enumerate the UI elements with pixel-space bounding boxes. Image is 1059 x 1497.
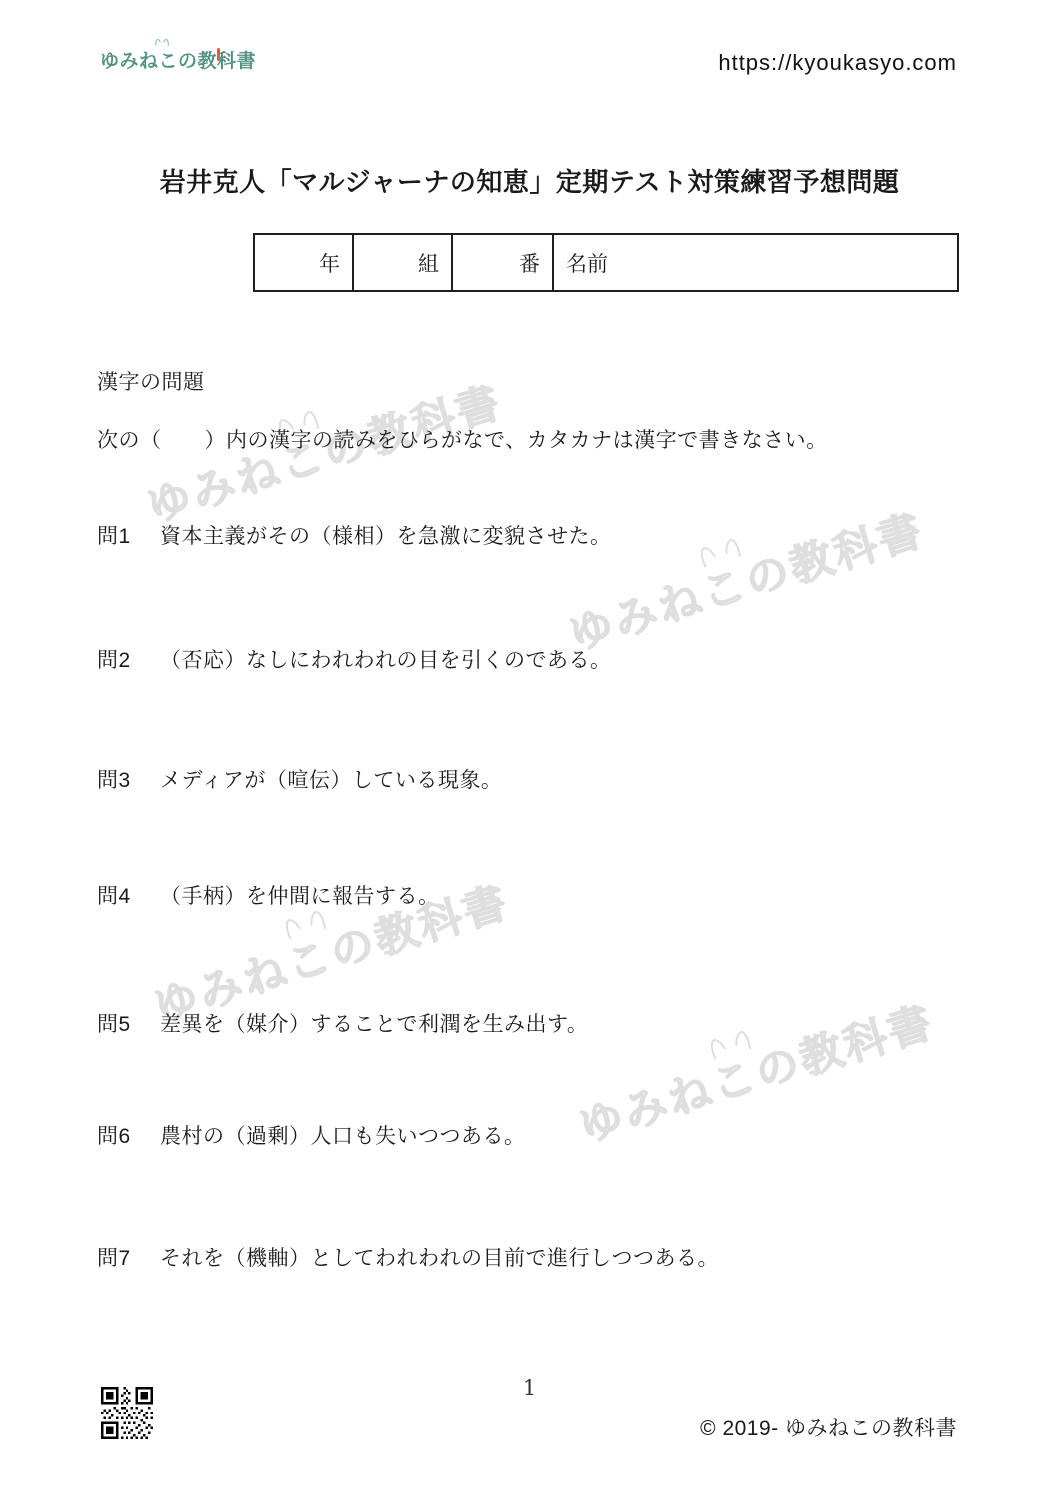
question-row: 問2 （否応）なしにわれわれの目を引くのである。 — [97, 644, 612, 674]
site-logo-text: ゆみねこの教科書 — [100, 51, 256, 72]
qr-code-icon — [101, 1387, 153, 1439]
question-text: それを（機軸）としてわれわれの目前で進行しつつある。 — [160, 1242, 719, 1272]
student-info-table: 年 組 番 名前 — [253, 233, 959, 292]
watermark: ゆみねこの教科書 — [571, 989, 941, 1155]
question-row: 問3 メディアが（喧伝）している現象。 — [97, 764, 502, 794]
logo-red-accent-mark — [217, 48, 220, 61]
class-cell: 組 — [354, 235, 453, 290]
name-label: 名前 — [566, 248, 608, 278]
number-label: 番 — [519, 248, 540, 278]
class-label: 組 — [418, 248, 439, 278]
year-label: 年 — [319, 248, 340, 278]
question-text: 差異を（媒介）することで利潤を生み出す。 — [160, 1008, 588, 1038]
worksheet-page: ゆみねこの教科書 ゆみねこの教科書 ゆみねこの教科書 ゆみねこの教科書 ゆみねこ… — [0, 0, 1059, 1497]
copyright-text: © 2019- ゆみねこの教科書 — [700, 1412, 957, 1442]
year-cell: 年 — [255, 235, 354, 290]
question-row: 問6 農村の（過剰）人口も失いつつある。 — [97, 1120, 526, 1150]
document-title: 岩井克人「マルジャーナの知恵」定期テスト対策練習予想問題 — [0, 162, 1059, 199]
question-label: 問6 — [97, 1120, 132, 1150]
question-text: 資本主義がその（様相）を急激に変貌させた。 — [160, 520, 612, 550]
question-label: 問7 — [97, 1242, 132, 1272]
watermark-text: ゆみねこの教科書 — [564, 506, 930, 659]
question-row: 問1 資本主義がその（様相）を急激に変貌させた。 — [97, 520, 612, 550]
site-logo: ゆみねこの教科書 — [100, 46, 256, 80]
cat-ears-icon — [154, 37, 170, 46]
question-text: （手柄）を仲間に報告する。 — [160, 880, 440, 910]
site-url-link[interactable]: https://kyoukasyo.com — [718, 50, 957, 76]
question-text: メディアが（喧伝）している現象。 — [160, 764, 502, 794]
section-heading: 漢字の問題 — [97, 366, 205, 396]
question-row: 問5 差異を（媒介）することで利潤を生み出す。 — [97, 1008, 588, 1038]
question-row: 問4 （手柄）を仲間に報告する。 — [97, 880, 440, 910]
question-text: 農村の（過剰）人口も失いつつある。 — [160, 1120, 526, 1150]
question-label: 問1 — [97, 520, 132, 550]
instruction-text: 次の（ ）内の漢字の読みをひらがなで、カタカナは漢字で書きなさい。 — [97, 424, 828, 454]
question-label: 問2 — [97, 644, 132, 674]
question-row: 問7 それを（機軸）としてわれわれの目前で進行しつつある。 — [97, 1242, 719, 1272]
watermark-text: ゆみねこの教科書 — [574, 998, 940, 1151]
question-label: 問5 — [97, 1008, 132, 1038]
name-cell: 名前 — [554, 235, 957, 290]
question-label: 問3 — [97, 764, 132, 794]
page-number: 1 — [0, 1376, 1059, 1400]
number-cell: 番 — [453, 235, 554, 290]
watermark: ゆみねこの教科書 — [561, 497, 931, 663]
question-text: （否応）なしにわれわれの目を引くのである。 — [160, 644, 612, 674]
question-label: 問4 — [97, 880, 132, 910]
watermark-text: ゆみねこの教科書 — [142, 378, 508, 531]
